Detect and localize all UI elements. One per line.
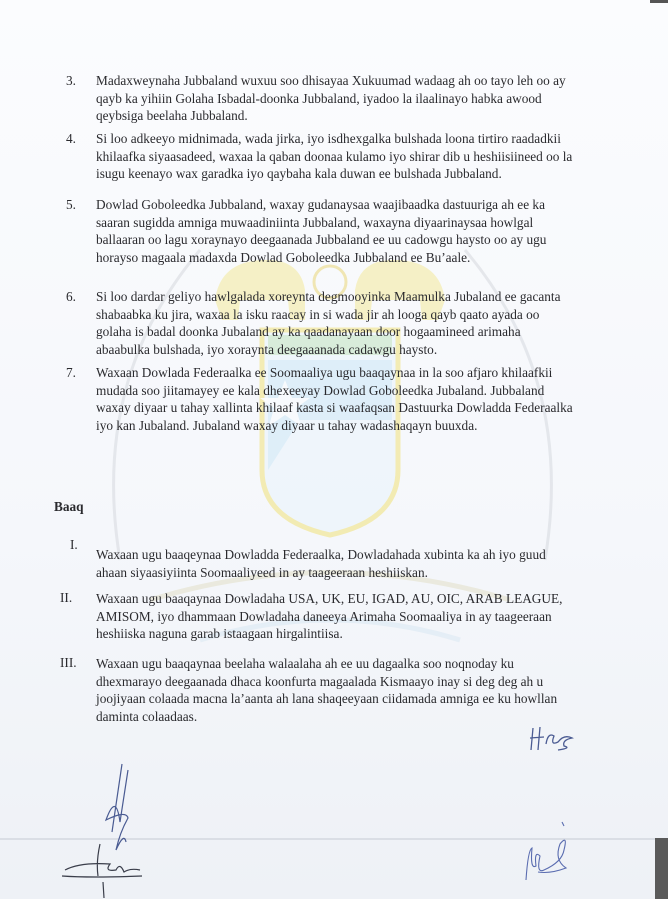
- item-text-line: qeybsiga beelaha Jubbaland.: [96, 107, 576, 125]
- item-number: 6.: [66, 288, 76, 306]
- signature-top-right-icon: [528, 724, 578, 754]
- appeal-number: III.: [60, 655, 77, 671]
- appeal-text-line: AMISOM, iyo dhammaan Dowladaha daneeya A…: [96, 608, 576, 626]
- item-text-line: iyo kan Jubaland. Jubaland waxay diyaar …: [96, 417, 576, 435]
- item-number: 5.: [66, 196, 76, 214]
- appeal-number: II.: [60, 590, 72, 606]
- item-text-line: Waxaan Dowlada Federaalka ee Soomaaliya …: [96, 364, 576, 382]
- appeal-text-line: Waxaan ugu baaqeynaa Dowladda Federaalka…: [96, 546, 576, 564]
- document-page: 3.Madaxweynaha Jubbaland wuxuu soo dhisa…: [0, 0, 668, 899]
- appeal-text-line: Waxaan ugu baaqaynaa beelaha walaalaha a…: [96, 655, 576, 673]
- item-text-line: Dowlad Goboleedka Jubbaland, waxay gudan…: [96, 196, 576, 214]
- appeal-text-line: dhexmarayo deegaanada dhaca koonfurta ma…: [96, 673, 576, 691]
- item-text-line: isugu keenayo wax garadka iyo qaybaha ka…: [96, 165, 576, 183]
- paper-fold: [0, 838, 655, 840]
- signature-left-lower-icon: [60, 842, 150, 899]
- item-text-line: waxay diyaar u tahay xallinta khilaaf ka…: [96, 399, 576, 417]
- item-text-line: Si loo adkeeyo midnimada, wada jirka, iy…: [96, 130, 576, 148]
- appeal-text-line: heshiiska naguna garab istaagaan hirgali…: [96, 625, 576, 643]
- item-text-line: ballaaran oo lagu xoraynayo deegaanada J…: [96, 231, 576, 249]
- item-text-line: golaha is badal doonka Jubaland ay ka qa…: [96, 323, 576, 341]
- item-text-line: khilaafka siyaasadeed, waxaa la qaban do…: [96, 148, 576, 166]
- item-text-line: Madaxweynaha Jubbaland wuxuu soo dhisaya…: [96, 72, 576, 90]
- item-text-line: abaabulka bulshada, iyo xoraynta deegaaa…: [96, 341, 576, 359]
- appeal-number: I.: [70, 537, 78, 553]
- appeal-text-line: joojiyaan colaada macna la’aanta ah lana…: [96, 690, 576, 708]
- item-text-line: shabaabka ku jira, waxaa la isku raacay …: [96, 306, 576, 324]
- item-number: 7.: [66, 364, 76, 382]
- item-text-line: qayb ka yihiin Golaha Isbadal-doonka Jub…: [96, 90, 576, 108]
- scan-edge: [655, 838, 668, 899]
- appeal-text-line: daminta colaadaas.: [96, 708, 576, 726]
- appeal-text-line: Waxaan ugu baaqaynaa Dowladaha USA, UK, …: [96, 590, 576, 608]
- section-heading: Baaq: [54, 499, 84, 515]
- item-text-line: horayso magaala madaxda Dowlad Goboleedk…: [96, 249, 576, 267]
- item-text-line: saaran sugidda amniga muwaadiniinta Jubb…: [96, 214, 576, 232]
- item-text-line: mudada soo jiitamayey ee kala dhexeeyay …: [96, 382, 576, 400]
- item-text-line: Si loo dardar geliyo hawlgalada xoreynta…: [96, 288, 576, 306]
- item-number: 3.: [66, 72, 76, 90]
- item-number: 4.: [66, 130, 76, 148]
- signature-bottom-right-icon: [514, 820, 574, 890]
- appeal-text-line: ahaan siyaasiyiinta Soomaaliyeed in ay t…: [96, 564, 576, 582]
- scan-edge: [650, 0, 668, 3]
